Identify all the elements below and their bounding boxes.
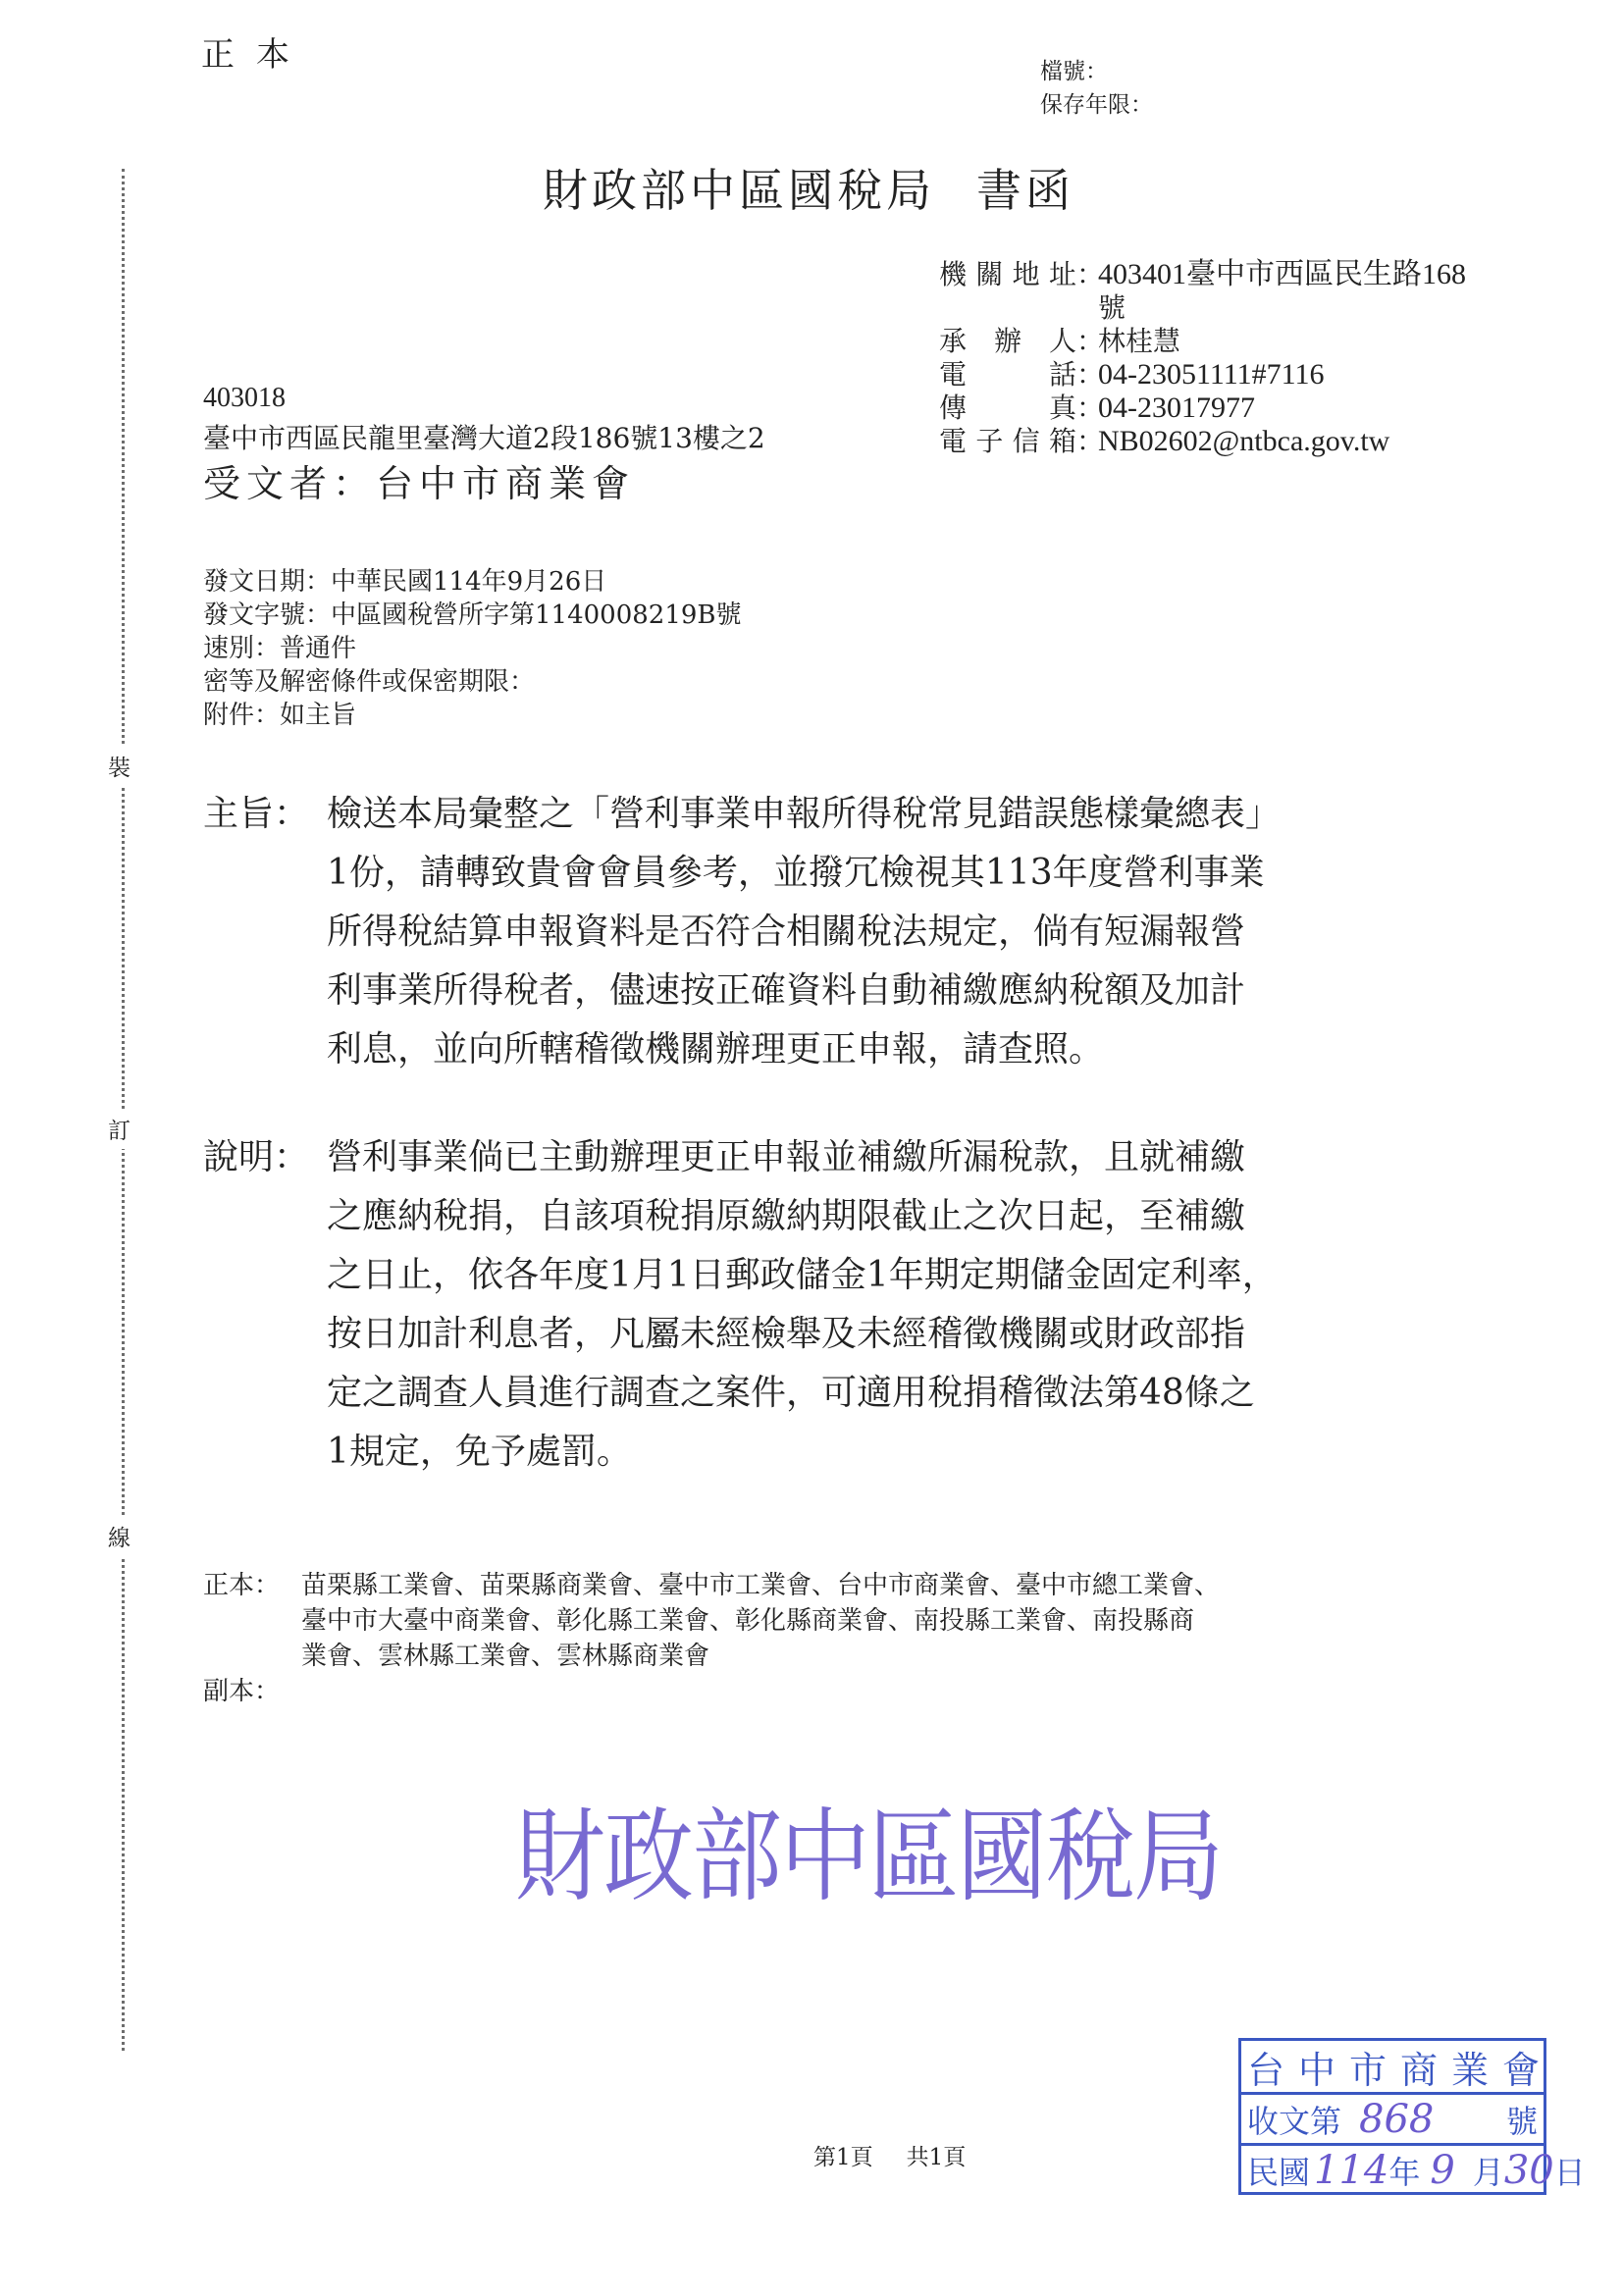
address-label: 機關地址 (939, 258, 1076, 291)
receipt-org: 台中市商業會 (1241, 2041, 1544, 2092)
issue-date: 發文日期：中華民國114年9月26日 (203, 565, 742, 599)
document-number: 發文字號：中區國稅營所字第1140008219B號 (203, 599, 742, 632)
phone-value: 04-23051111#7116 (1098, 358, 1325, 391)
address-cont-row: 號 (939, 291, 1466, 325)
address-value-cont: 號 (1098, 291, 1126, 325)
document-meta: 發文日期：中華民國114年9月26日 發文字號：中區國稅營所字第11400082… (203, 565, 742, 732)
receipt-number-value: 868 (1359, 2097, 1434, 2142)
subject-line: 利事業所得稅者，儘速按正確資料自動補繳應納稅額及加計 (327, 962, 1498, 1020)
explanation-line: 按日加計利息者，凡屬未經檢舉及未經稽徵機關或財政部指 (327, 1305, 1498, 1364)
agency-contact-block: 機關地址：403401臺中市西區民生路168 號 承辦人：林桂慧 電話：04-2… (939, 258, 1466, 458)
receipt-date-row: 民國 114 年 9 月 30 日 (1241, 2143, 1544, 2194)
receipt-stamp: 台中市商業會 收文第 868 號 民國 114 年 9 月 30 日 (1238, 2038, 1546, 2195)
explanation-line: 之應納稅捐，自該項稅捐原繳納期限截止之次日起，至補繳 (327, 1187, 1498, 1246)
doc-type: 書函 (976, 164, 1074, 217)
page-total: 共1頁 (907, 2145, 967, 2170)
email-label: 電子信箱 (939, 425, 1076, 458)
page-current: 第1頁 (813, 2145, 873, 2170)
receipt-year-label: 年 (1388, 2148, 1420, 2193)
phone-row: 電話：04-23051111#7116 (939, 358, 1466, 391)
subject-paragraph: 主旨： 檢送本局彙整之「營利事業申報所得稅常見錯誤態樣彙總表」 1份，請轉致貴會… (203, 785, 1498, 1079)
fax-row: 傳真：04-23017977 (939, 391, 1466, 425)
retention-label: 保存年限： (1040, 88, 1153, 122)
explanation-body: 營利事業倘已主動辦理更正申報並補繳所漏稅款，且就補繳 之應納稅捐，自該項稅捐原繳… (203, 1128, 1498, 1482)
receipt-day: 30 (1504, 2148, 1554, 2193)
copy-type-label: 正本 (201, 27, 311, 76)
receipt-month-label: 月 (1473, 2148, 1504, 2193)
email-row: 電子信箱：NB02602@ntbca.gov.tw (939, 425, 1466, 458)
subject-line: 檢送本局彙整之「營利事業申報所得稅常見錯誤態樣彙總表」 (327, 785, 1498, 844)
explanation-paragraph: 說明： 營利事業倘已主動辦理更正申報並補繳所漏稅款，且就補繳 之應納稅捐，自該項… (203, 1128, 1498, 1482)
handler-value: 林桂慧 (1098, 325, 1180, 358)
attachment: 附件：如主旨 (203, 699, 742, 732)
binding-mark-ding: 訂 (108, 1109, 131, 1149)
subject-line: 1份，請轉致貴會會員參考，並撥冗檢視其113年度營利事業 (327, 844, 1498, 903)
page-number: 第1頁共1頁 (813, 2139, 966, 2171)
phone-label: 電話 (939, 358, 1076, 391)
secrecy-level: 密等及解密條件或保密期限： (203, 665, 742, 699)
receipt-year: 114 (1314, 2148, 1388, 2193)
distribution-original: 正本： 苗栗縣工業會、苗栗縣商業會、臺中市工業會、台中市商業會、臺中市總工業會、… (203, 1568, 1498, 1674)
receipt-day-label: 日 (1554, 2148, 1586, 2193)
agency-name: 財政部中區國稅局 (543, 164, 935, 217)
recipient-zip: 403018 (203, 383, 286, 414)
original-recipients: 苗栗縣工業會、苗栗縣商業會、臺中市工業會、台中市商業會、臺中市總工業會、 臺中市… (203, 1568, 1498, 1674)
receipt-number-row: 收文第 868 號 (1241, 2092, 1544, 2143)
page-title: 財政部中區國稅局書函 (543, 155, 1074, 220)
delivery-speed: 速別：普通件 (203, 632, 742, 665)
receipt-number-prefix: 收文第 (1247, 2097, 1341, 2142)
subject-line: 利息，並向所轄稽徵機關辦理更正申報，請查照。 (327, 1020, 1498, 1079)
fax-label: 傳真 (939, 391, 1076, 425)
recipient-name: 受文者：台中市商業會 (203, 453, 635, 507)
agency-seal-stamp: 財政部中區國稅局 (515, 1776, 1222, 1921)
handler-label: 承辦人 (939, 325, 1076, 358)
binding-mark-xian: 線 (108, 1516, 131, 1556)
file-meta: 檔號： 保存年限： (1040, 55, 1153, 122)
subject-line: 所得稅結算申報資料是否符合相關稅法規定，倘有短漏報營 (327, 903, 1498, 962)
original-line: 苗栗縣工業會、苗栗縣商業會、臺中市工業會、台中市商業會、臺中市總工業會、 (301, 1568, 1498, 1603)
file-number-label: 檔號： (1040, 55, 1153, 88)
address-value: 403401臺中市西區民生路168 (1098, 258, 1466, 291)
original-line: 臺中市大臺中商業會、彰化縣工業會、彰化縣商業會、南投縣工業會、南投縣商 (301, 1603, 1498, 1639)
handler-row: 承辦人：林桂慧 (939, 325, 1466, 358)
receipt-date-prefix: 民國 (1247, 2148, 1310, 2193)
subject-label: 主旨： (203, 785, 309, 844)
receipt-number-suffix: 號 (1506, 2097, 1538, 2142)
email-value: NB02602@ntbca.gov.tw (1098, 425, 1389, 458)
recipient-address: 臺中市西區民龍里臺灣大道2段186號13樓之2 (203, 417, 765, 456)
explanation-line: 1規定，免予處罰。 (327, 1423, 1498, 1482)
receipt-month: 9 (1430, 2148, 1454, 2193)
fax-value: 04-23017977 (1098, 391, 1255, 425)
original-line: 業會、雲林縣工業會、雲林縣商業會 (301, 1639, 1498, 1674)
explanation-line: 之日止，依各年度1月1日郵政儲金1年期定期儲金固定利率， (327, 1246, 1498, 1305)
explanation-line: 營利事業倘已主動辦理更正申報並補繳所漏稅款，且就補繳 (327, 1128, 1498, 1187)
explanation-label: 說明： (203, 1128, 309, 1187)
subject-body: 檢送本局彙整之「營利事業申報所得稅常見錯誤態樣彙總表」 1份，請轉致貴會會員參考… (203, 785, 1498, 1079)
address-row: 機關地址：403401臺中市西區民生路168 (939, 258, 1466, 291)
copy-label: 副本： (203, 1674, 280, 1709)
binding-mark-zhuang: 裝 (108, 746, 131, 786)
original-label: 正本： (203, 1568, 280, 1603)
explanation-line: 定之調查人員進行調查之案件，可適用稅捐稽徵法第48條之 (327, 1364, 1498, 1423)
